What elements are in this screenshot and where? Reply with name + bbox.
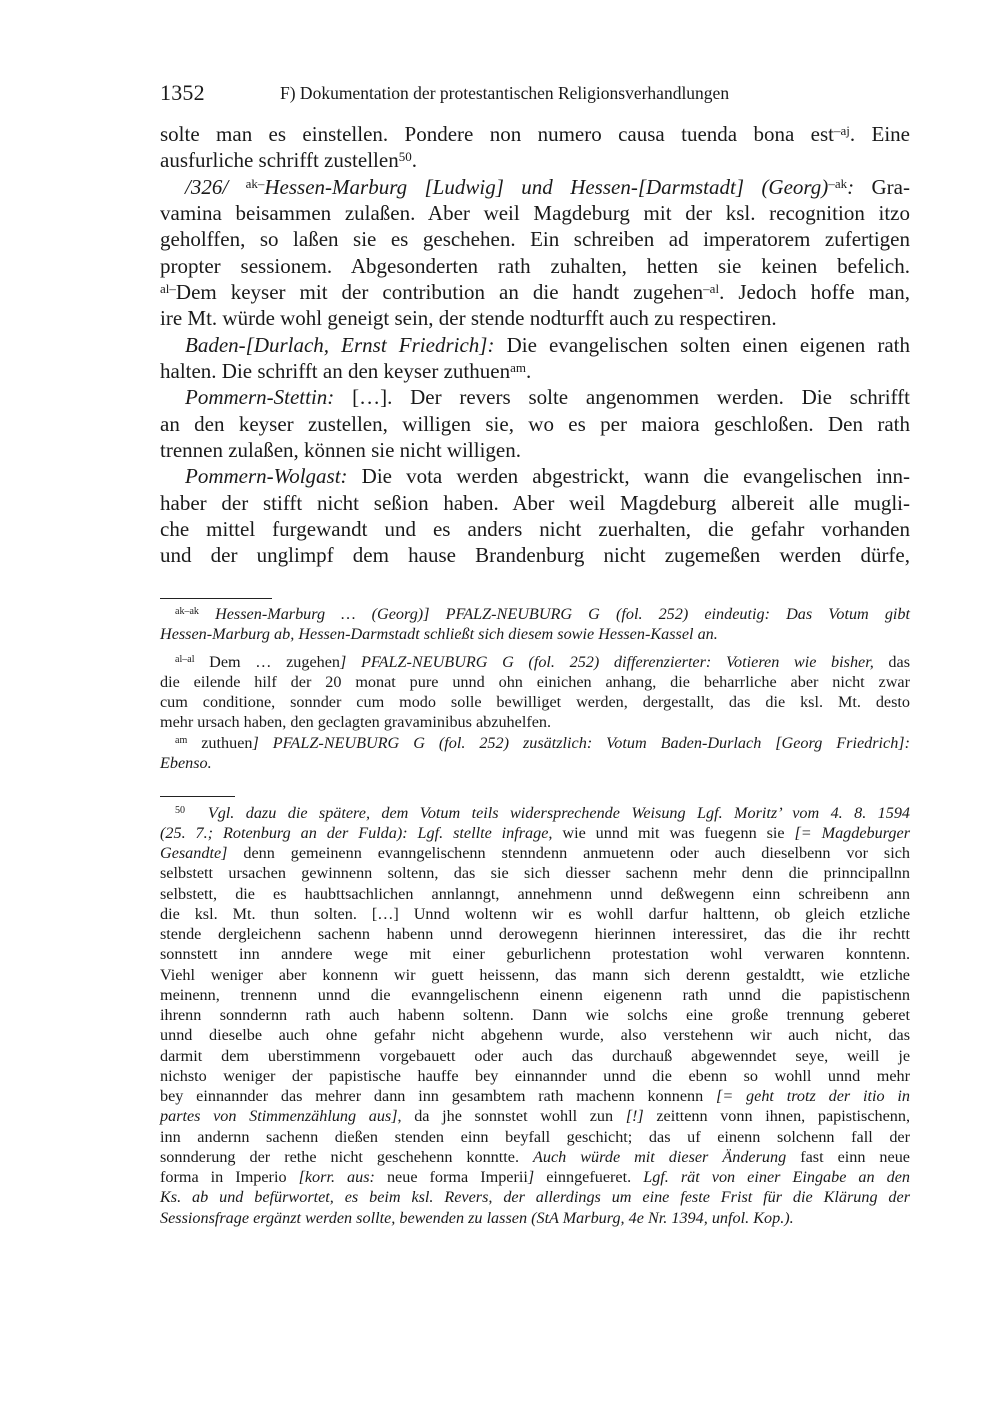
main-line: halten. Die schrifft an den keyser zuthu…	[160, 358, 910, 384]
footnote-line: sonnstett inn anndere wege mit einer geb…	[160, 944, 910, 964]
footnote-line: selbstett ursachen gewinnenn soltenn, da…	[160, 863, 910, 883]
footnote-line: stende dergleichenn sachenn habenn unnd …	[160, 924, 910, 944]
apparatus-note-al: al–al Dem … zugehen] PFALZ-NEUBURG G (fo…	[175, 652, 910, 672]
main-line: al–Dem keyser mit der contribution an di…	[160, 279, 910, 305]
footnote-line: Sessionsfrage ergänzt werden sollte, bew…	[160, 1208, 910, 1228]
running-head: 1352 F) Dokumentation der protestantisch…	[160, 80, 920, 106]
footnote-line: ihrenn sonndernn rath auch habenn solten…	[160, 1005, 910, 1025]
page-number: 1352	[160, 80, 205, 106]
main-line: geholffen, so laßen sie es geschehen. Ei…	[160, 226, 910, 252]
main-line: Pommern-Stettin: […]. Der revers solte a…	[185, 384, 910, 410]
footnote-line: 50 Vgl. dazu die spätere, dem Votum teil…	[175, 803, 910, 823]
footnote-line: unnd dieselbe auch ohne gefahr nicht abg…	[160, 1025, 910, 1045]
footnote-line: selbstett, die es haubttsachlichen annla…	[160, 884, 910, 904]
footnote-line: Ks. ab und befürwortet, es beim ksl. Rev…	[160, 1187, 910, 1207]
book-page: 1352 F) Dokumentation der protestantisch…	[0, 0, 1004, 1418]
main-line: /326/ ak–Hessen-Marburg [Ludwig] und Hes…	[185, 174, 910, 200]
footnote-line: (25. 7.; Rotenburg an der Fulda): Lgf. s…	[160, 823, 910, 843]
footnote-line: Gesandte] denn gemeinenn evanngelischenn…	[160, 843, 910, 863]
apparatus-note-am: Ebenso.	[160, 753, 910, 773]
footnote-rule	[160, 796, 235, 797]
folio-marker: /326/	[185, 175, 228, 199]
footnote-line: meinenn, trennenn unnd die evanngelische…	[160, 985, 910, 1005]
apparatus-note-al: cum conditione, sonnder cum modo solle b…	[160, 692, 910, 712]
main-line: haber der stifft nicht seßion haben. Abe…	[160, 490, 910, 516]
apparatus-ref: –aj	[834, 123, 850, 138]
apparatus-note-al: die eilende hilf der 20 monat pure unnd …	[160, 672, 910, 692]
apparatus-rule	[160, 598, 272, 599]
main-line: und der unglimpf dem hause Brandenburg n…	[160, 542, 910, 568]
main-line: che mittel furgewandt und es anders nich…	[160, 516, 910, 542]
speaker-baden: Baden-[Durlach, Ernst Friedrich]:	[185, 333, 494, 357]
footnote-line: partes von Stimmenzählung aus], da jhe s…	[160, 1106, 910, 1126]
footnote-line: die ksl. Mt. thun solten. […] Unnd wolte…	[160, 904, 910, 924]
main-line: ire Mt. würde wohl geneigt sein, der ste…	[160, 305, 910, 331]
footnote-ref-50[interactable]: 50	[399, 149, 412, 164]
main-line: Baden-[Durlach, Ernst Friedrich]: Die ev…	[185, 332, 910, 358]
apparatus-note-ak: ak–ak Hessen-Marburg … (Georg)] PFALZ-NE…	[175, 604, 910, 624]
footnote-line: nichsto weniger der papistische hauffe b…	[160, 1066, 910, 1086]
apparatus-note-ak: Hessen-Marburg ab, Hessen-Darmstadt schl…	[160, 624, 910, 644]
running-head-title: F) Dokumentation der protestantischen Re…	[280, 83, 729, 104]
main-line: ausfurliche schrifft zustellen50.	[160, 147, 910, 173]
main-line: an den keyser zustellen, willigen sie, w…	[160, 411, 910, 437]
apparatus-note-al: mehr ursach haben, den geclagten gravami…	[160, 712, 910, 732]
main-line: Pommern-Wolgast: Die vota werden abgestr…	[185, 463, 910, 489]
main-line: propter sessionem. Abgesonderten rath zu…	[160, 253, 910, 279]
footnote-line: inn andernn sachenn dießen stenden einn …	[160, 1127, 910, 1147]
speaker-pommern-stettin: Pommern-Stettin:	[185, 385, 334, 409]
apparatus-ref: am	[510, 360, 526, 375]
footnote-line: bey einnannder das mehrer dann inn gesam…	[160, 1086, 910, 1106]
main-line: solte man es einstellen. Pondere non num…	[160, 121, 910, 147]
main-line: trennen zulaßen, können sie nicht willig…	[160, 437, 910, 463]
footnote-line: Viehl weniger aber konnenn wir guett hei…	[160, 965, 910, 985]
footnote-line: darmit dem uberstimmenn vorgebauett oder…	[160, 1046, 910, 1066]
apparatus-note-am: am zuthuen] PFALZ-NEUBURG G (fol. 252) z…	[175, 733, 910, 753]
speaker-pommern-wolgast: Pommern-Wolgast:	[185, 464, 348, 488]
main-line: vamina beisammen zulaßen. Aber weil Magd…	[160, 200, 910, 226]
footnote-line: forma in Imperio [korr. aus: neue forma …	[160, 1167, 910, 1187]
footnote-line: sonnderung der rethe nicht geschehenn ko…	[160, 1147, 910, 1167]
speaker-hessen: Hessen-Marburg [Ludwig] und Hessen-[Darm…	[264, 175, 828, 199]
